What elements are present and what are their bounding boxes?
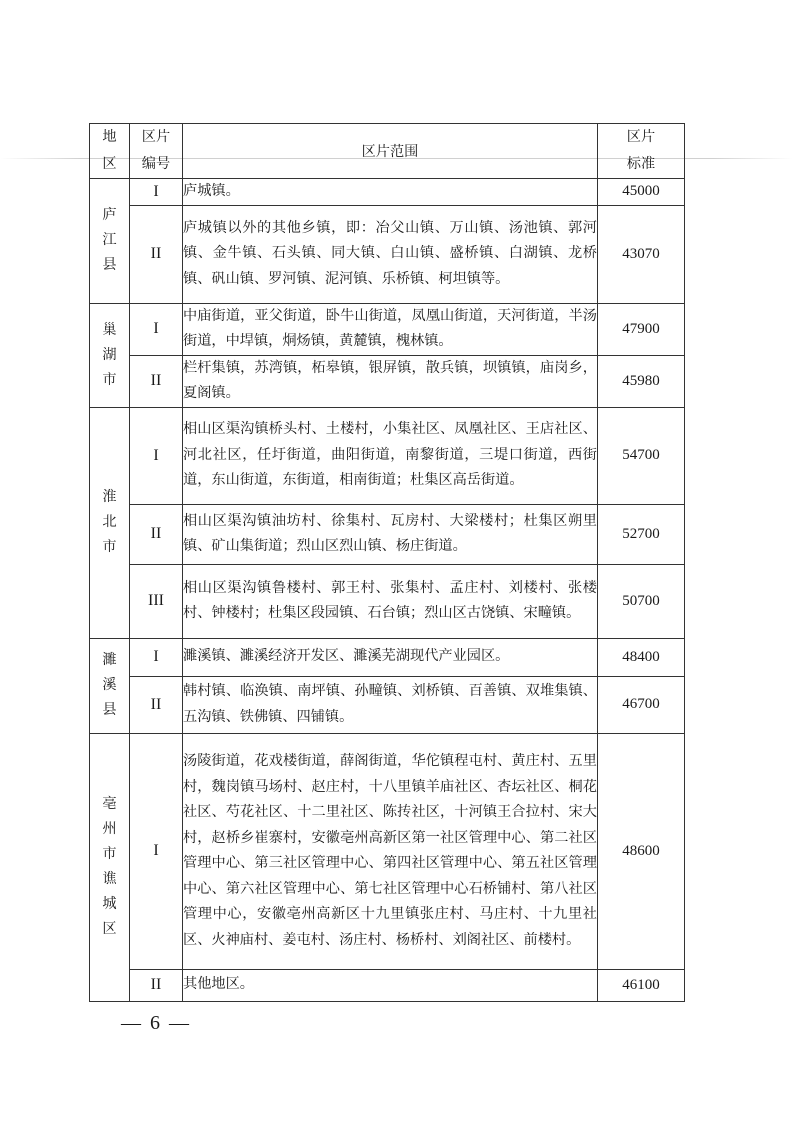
- header-region: 地 区: [90, 124, 130, 179]
- header-standard-line2: 标准: [598, 151, 684, 178]
- header-standard-line1: 区片: [598, 124, 684, 151]
- region-cell-suixi: 濉 溪 县: [90, 638, 130, 733]
- zone-no: II: [130, 205, 183, 303]
- table-row: 淮 北 市 I 相山区渠沟镇桥头村、土楼村，小集社区、凤凰社区、王店社区、河北社…: [90, 407, 685, 504]
- table-row: 濉 溪 县 I 濉溪镇、濉溪经济开发区、濉溪芜湖现代产业园区。 48400: [90, 638, 685, 676]
- table-row: II 韩村镇、临涣镇、南坪镇、孙疃镇、刘桥镇、百善镇、双堆集镇、五沟镇、铁佛镇、…: [90, 676, 685, 733]
- zone-no: I: [130, 733, 183, 969]
- zone-scope: 相山区渠沟镇鲁楼村、郭王村、张集村、孟庄村、刘楼村、张楼村、钟楼村；杜集区段园镇…: [183, 564, 598, 638]
- zone-scope: 其他地区。: [183, 969, 598, 1001]
- zone-standard: 52700: [598, 504, 685, 564]
- header-region-line1: 地: [90, 124, 129, 151]
- header-zone-line1: 区片: [130, 124, 182, 151]
- zone-scope: 相山区渠沟镇桥头村、土楼村，小集社区、凤凰社区、王店社区、河北社区，任圩街道，曲…: [183, 407, 598, 504]
- zone-no: II: [130, 355, 183, 407]
- region-char: 谯: [90, 867, 129, 892]
- header-standard: 区片 标准: [598, 124, 685, 179]
- region-char: 北: [90, 510, 129, 535]
- zone-scope: 庐城镇以外的其他乡镇，即：冶父山镇、万山镇、汤池镇、郭河镇、金牛镇、石头镇、同大…: [183, 205, 598, 303]
- table-row: 巢 湖 市 I 中庙街道，亚父街道，卧牛山街道，凤凰山街道，天河街道，半汤街道，…: [90, 303, 685, 355]
- zone-standard: 46700: [598, 676, 685, 733]
- zone-no: I: [130, 407, 183, 504]
- region-char: 城: [90, 892, 129, 917]
- region-char: 亳: [90, 792, 129, 817]
- table-row: II 庐城镇以外的其他乡镇，即：冶父山镇、万山镇、汤池镇、郭河镇、金牛镇、石头镇…: [90, 205, 685, 303]
- zone-scope: 汤陵街道，花戏楼街道，薛阁街道，华佗镇程屯村、黄庄村、五里村，魏岗镇马场村、赵庄…: [183, 733, 598, 969]
- zone-price-table: 地 区 区片 编号 区片范围 区片 标准 庐 江 县 I 庐城镇。 45000: [89, 123, 685, 1002]
- header-region-line2: 区: [90, 151, 129, 178]
- zone-no: I: [130, 303, 183, 355]
- header-row: 地 区 区片 编号 区片范围 区片 标准: [90, 124, 685, 179]
- zone-standard: 45000: [598, 179, 685, 206]
- region-char: 县: [90, 253, 129, 278]
- header-zone-line2: 编号: [130, 151, 182, 178]
- region-cell-bozhou-qiaocheng: 亳 州 市 谯 城 区: [90, 733, 130, 1001]
- zone-scope: 中庙街道，亚父街道，卧牛山街道，凤凰山街道，天河街道，半汤街道，中垾镇，烔炀镇，…: [183, 303, 598, 355]
- zone-standard: 43070: [598, 205, 685, 303]
- region-char: 溪: [90, 673, 129, 698]
- region-char: 区: [90, 917, 129, 942]
- region-char: 州: [90, 817, 129, 842]
- zone-scope: 庐城镇。: [183, 179, 598, 206]
- region-char: 巢: [90, 318, 129, 343]
- region-char: 庐: [90, 203, 129, 228]
- zone-no: I: [130, 179, 183, 206]
- region-char: 市: [90, 535, 129, 560]
- zone-standard: 47900: [598, 303, 685, 355]
- zone-scope: 栏杆集镇，苏湾镇，柘皋镇，银屏镇，散兵镇，坝镇镇，庙岗乡，夏阁镇。: [183, 355, 598, 407]
- region-char: 市: [90, 368, 129, 393]
- zone-no: II: [130, 969, 183, 1001]
- zone-standard: 50700: [598, 564, 685, 638]
- region-char: 湖: [90, 343, 129, 368]
- table-row: 亳 州 市 谯 城 区 I 汤陵街道，花戏楼街道，薛阁街道，华佗镇程屯村、黄庄村…: [90, 733, 685, 969]
- region-char: 濉: [90, 648, 129, 673]
- region-char: 江: [90, 228, 129, 253]
- page-number: — 6 —: [121, 1012, 191, 1035]
- table-row: II 其他地区。 46100: [90, 969, 685, 1001]
- zone-no: II: [130, 504, 183, 564]
- zone-standard: 45980: [598, 355, 685, 407]
- header-scope: 区片范围: [183, 124, 598, 179]
- zone-standard: 48400: [598, 638, 685, 676]
- table-row: III 相山区渠沟镇鲁楼村、郭王村、张集村、孟庄村、刘楼村、张楼村、钟楼村；杜集…: [90, 564, 685, 638]
- region-cell-lujiang: 庐 江 县: [90, 179, 130, 304]
- zone-scope: 相山区渠沟镇油坊村、徐集村、瓦房村、大梁楼村；杜集区朔里镇、矿山集街道；烈山区烈…: [183, 504, 598, 564]
- zone-scope: 韩村镇、临涣镇、南坪镇、孙疃镇、刘桥镇、百善镇、双堆集镇、五沟镇、铁佛镇、四铺镇…: [183, 676, 598, 733]
- table-row: 庐 江 县 I 庐城镇。 45000: [90, 179, 685, 206]
- region-cell-chaohu: 巢 湖 市: [90, 303, 130, 407]
- zone-no: I: [130, 638, 183, 676]
- region-char: 县: [90, 698, 129, 723]
- region-char: 市: [90, 842, 129, 867]
- region-cell-huaibei: 淮 北 市: [90, 407, 130, 638]
- region-char: 淮: [90, 485, 129, 510]
- zone-scope: 濉溪镇、濉溪经济开发区、濉溪芜湖现代产业园区。: [183, 638, 598, 676]
- zone-standard: 48600: [598, 733, 685, 969]
- table-row: II 相山区渠沟镇油坊村、徐集村、瓦房村、大梁楼村；杜集区朔里镇、矿山集街道；烈…: [90, 504, 685, 564]
- table-row: II 栏杆集镇，苏湾镇，柘皋镇，银屏镇，散兵镇，坝镇镇，庙岗乡，夏阁镇。 459…: [90, 355, 685, 407]
- header-zone-no: 区片 编号: [130, 124, 183, 179]
- zone-standard: 54700: [598, 407, 685, 504]
- zone-no: II: [130, 676, 183, 733]
- zone-no: III: [130, 564, 183, 638]
- zone-standard: 46100: [598, 969, 685, 1001]
